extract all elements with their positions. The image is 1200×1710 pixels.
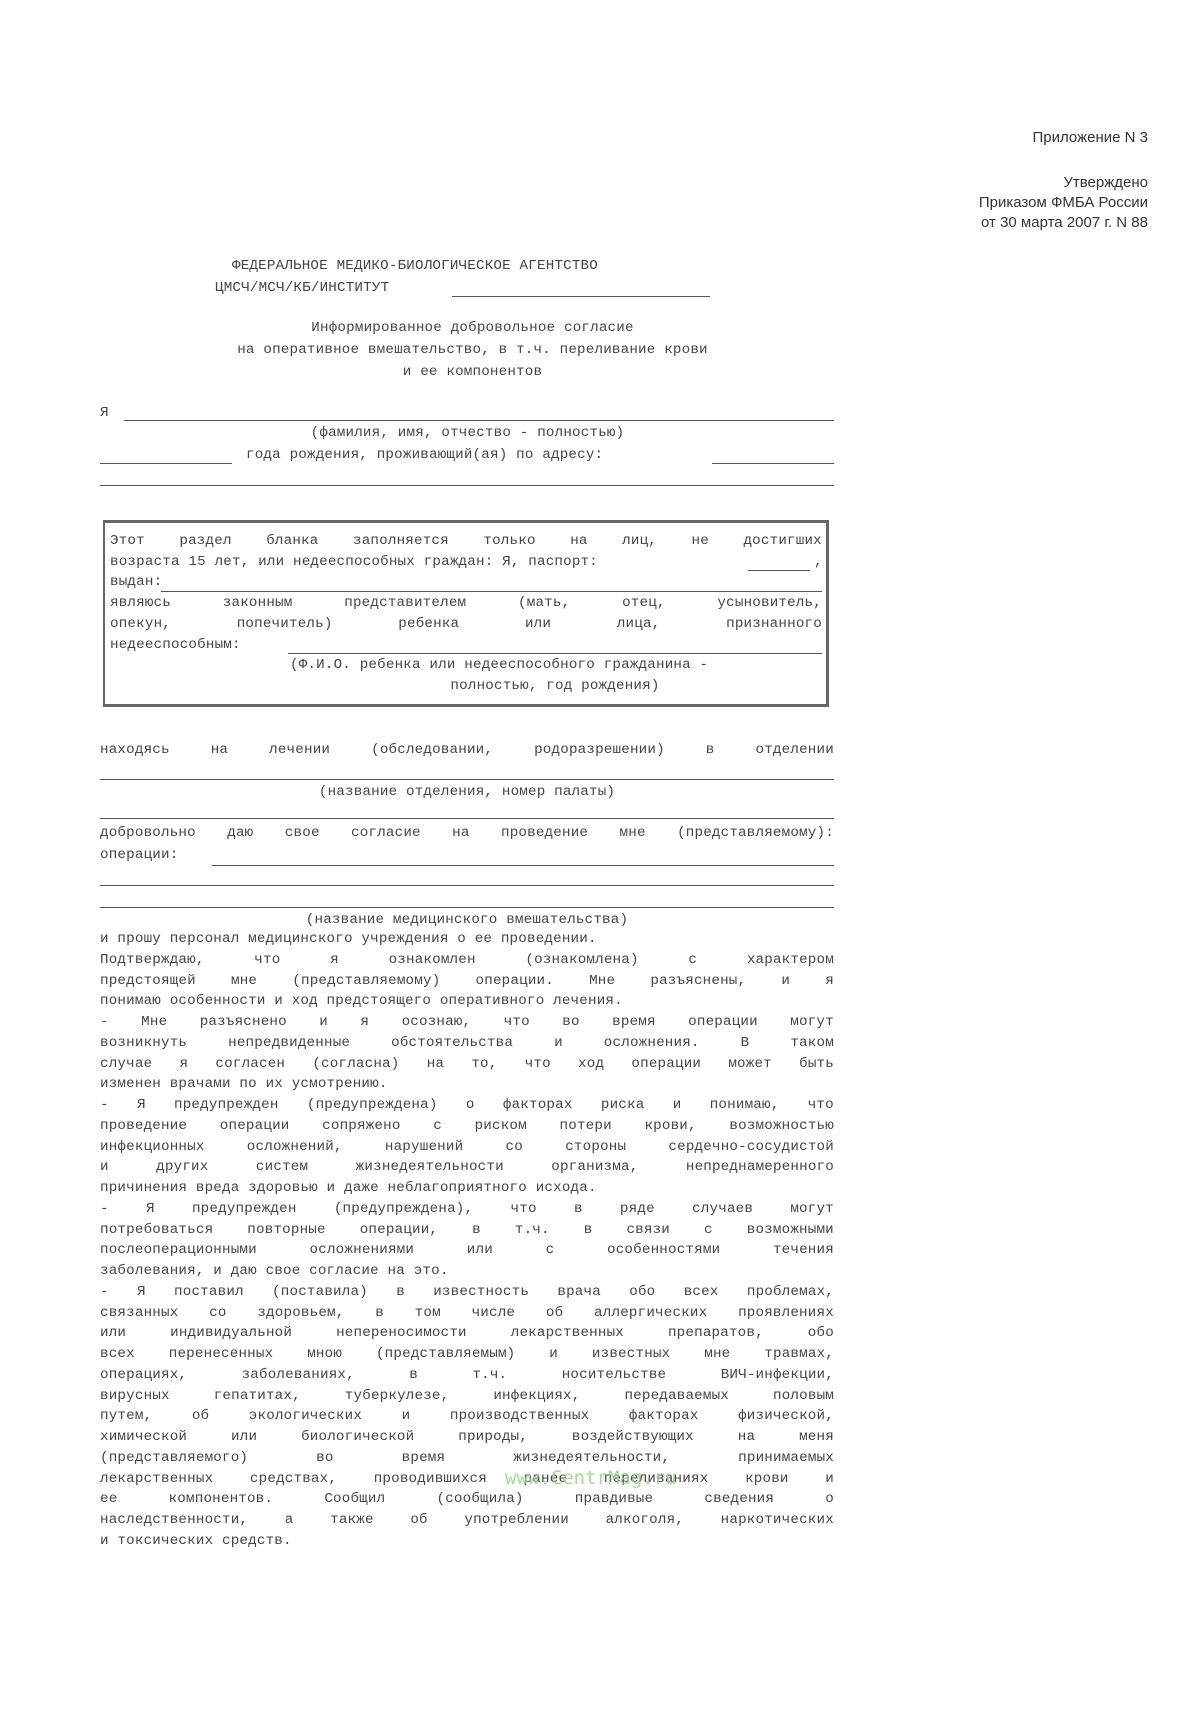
body-line: и токсических средств. — [100, 1531, 292, 1551]
issued-by-field[interactable] — [161, 591, 822, 592]
word: и — [319, 1012, 328, 1032]
guardian-line-5: опекун,попечитель)ребенкаилилица,признан… — [110, 614, 822, 634]
body-line: потребоватьсяповторныеоперации,вт.ч.всвя… — [100, 1220, 834, 1240]
word: в — [584, 1220, 593, 1240]
word: в — [375, 1303, 384, 1323]
word: со — [209, 1303, 226, 1323]
word: известность — [433, 1282, 529, 1302]
word: операции, — [360, 1220, 438, 1240]
word: всех — [684, 1282, 719, 1302]
word: производственных — [450, 1406, 589, 1426]
word: что — [504, 1012, 530, 1032]
word: в — [472, 1220, 481, 1240]
address-field-continued[interactable] — [100, 485, 834, 486]
word: жизнедеятельности — [356, 1157, 504, 1177]
body-line: Подтверждаю,чтояознакомлен(ознакомлена)с… — [100, 950, 834, 970]
word: нарушений — [385, 1137, 463, 1157]
word: воздействующих — [572, 1427, 694, 1447]
word: операциях, — [100, 1365, 187, 1385]
word: с — [546, 1240, 555, 1260]
word: ознакомлен — [389, 950, 476, 970]
form-title-line-2: на оперативное вмешательство, в т.ч. пер… — [100, 340, 845, 360]
word: а — [285, 1510, 294, 1530]
word: на — [738, 1427, 755, 1447]
word: Я — [137, 1282, 146, 1302]
word: Мне — [141, 1012, 167, 1032]
word: экологических — [249, 1406, 362, 1426]
word: во — [562, 1012, 579, 1032]
patient-name-field[interactable] — [124, 420, 834, 421]
ward-name-field[interactable] — [288, 653, 822, 654]
word: риска — [601, 1095, 645, 1115]
word: непреднамеренного — [686, 1157, 834, 1177]
body-line: лекарственныхсредствах,проводившихсяране… — [100, 1469, 834, 1489]
department-field-continued[interactable] — [100, 818, 834, 819]
word: перенесенных — [169, 1344, 274, 1364]
word: опекун, — [110, 614, 171, 634]
word: что — [808, 1095, 834, 1115]
word: всех — [100, 1344, 135, 1364]
treatment-line: находясьналечении(обследовании,родоразре… — [100, 740, 834, 760]
word: стороны — [565, 1137, 626, 1157]
word: возможными — [747, 1220, 834, 1240]
word: Этот — [110, 531, 145, 551]
word: законным — [223, 593, 293, 613]
word: потребоваться — [100, 1220, 213, 1240]
word: - — [100, 1095, 109, 1115]
word: туберкулезе, — [345, 1386, 450, 1406]
incapable-label: недееспособным: — [110, 635, 241, 655]
word: наследственности, — [100, 1510, 248, 1530]
word: здоровьем, — [257, 1303, 344, 1323]
word: во — [316, 1448, 333, 1468]
word: об — [410, 1510, 427, 1530]
guardian-line-1: Этотразделбланказаполняетсятольконалиц,н… — [110, 531, 822, 551]
word: крови — [745, 1469, 789, 1489]
body-line: послеоперационнымиосложнениямиилисособен… — [100, 1240, 834, 1260]
word: операции — [220, 1116, 290, 1136]
approval-order: Приказом ФМБА России — [979, 193, 1148, 213]
word: (представляемого) — [100, 1448, 248, 1468]
word: т.ч. — [472, 1365, 507, 1385]
word: и — [825, 1469, 834, 1489]
word: мною — [307, 1344, 342, 1364]
word: Мне — [589, 971, 615, 991]
word: представителем — [344, 593, 466, 613]
body-line: (представляемого)вовремяжизнедеятельност… — [100, 1448, 834, 1468]
word: ее — [100, 1489, 117, 1509]
word: риском — [475, 1116, 527, 1136]
word: - — [100, 1282, 109, 1302]
operation-field-2[interactable] — [100, 885, 834, 886]
word: ход — [578, 1054, 604, 1074]
word: являюсь — [110, 593, 171, 613]
word: Я — [146, 1199, 155, 1219]
word: таком — [790, 1033, 834, 1053]
word: проблемах, — [747, 1282, 834, 1302]
word: послеоперационными — [100, 1240, 257, 1260]
department-field[interactable] — [100, 779, 834, 780]
word: (согласна) — [312, 1054, 399, 1074]
watermark: www.CentrMag.ru — [505, 1467, 677, 1489]
approval-block: Утверждено Приказом ФМБА России от 30 ма… — [979, 173, 1148, 233]
word: химической — [100, 1427, 187, 1447]
word: алкоголя, — [606, 1510, 684, 1530]
form-title-line-1: Информированное добровольное согласие — [100, 318, 845, 338]
word: мне — [620, 823, 646, 843]
appendix-number: Приложение N 3 — [1033, 128, 1149, 148]
word: быть — [799, 1054, 834, 1074]
body-line: и прошу персонал медицинского учреждения… — [100, 929, 597, 949]
word: мне — [704, 1344, 730, 1364]
word: с — [433, 1116, 442, 1136]
word: (представляемым) — [376, 1344, 515, 1364]
word: осознаю, — [402, 1012, 472, 1032]
word: том — [415, 1303, 441, 1323]
word: может — [728, 1054, 772, 1074]
guardian-line-4: являюсьзаконнымпредставителем(мать,отец,… — [110, 593, 822, 613]
word: и — [781, 971, 790, 991]
word: проявлениях — [738, 1303, 834, 1323]
body-line: идругихсистемжизнедеятельностиорганизма,… — [100, 1157, 834, 1177]
body-line: илииндивидуальнойнепереносимостилекарств… — [100, 1323, 834, 1343]
body-line: наследственности,атакжеобупотребленииалк… — [100, 1510, 834, 1530]
body-line: причинения вреда здоровью и даже неблаго… — [100, 1178, 597, 1198]
word: Я — [137, 1095, 146, 1115]
word: заполняется — [353, 531, 449, 551]
word: о — [825, 1489, 834, 1509]
word: родоразрешении) — [534, 740, 665, 760]
word: инфекциях, — [493, 1386, 580, 1406]
consent-line: добровольнодаюсвоесогласиенапроведениемн… — [100, 823, 834, 843]
form-title-line-3: и ее компонентов — [100, 362, 845, 382]
word: правдивые — [575, 1489, 653, 1509]
word: связи — [626, 1220, 670, 1240]
word: время — [402, 1448, 446, 1468]
word: на — [427, 1054, 444, 1074]
word: физической, — [738, 1406, 834, 1426]
word: бланка — [266, 531, 318, 551]
word: Сообщил — [324, 1489, 385, 1509]
word: (представляемому): — [677, 823, 834, 843]
word: обо — [808, 1323, 834, 1343]
word: что — [254, 950, 280, 970]
word: я — [180, 1054, 189, 1074]
operation-field-3[interactable] — [100, 907, 834, 908]
word: возникнуть — [100, 1033, 187, 1053]
word: связанных — [100, 1303, 178, 1323]
word: добровольно — [100, 823, 196, 843]
word: носительстве — [562, 1365, 667, 1385]
word: (ознакомлена) — [525, 950, 638, 970]
word: поставил — [174, 1282, 244, 1302]
passport-field[interactable] — [748, 570, 810, 571]
word: врача — [557, 1282, 601, 1302]
word: меня — [799, 1427, 834, 1447]
word: и — [673, 1095, 682, 1115]
word: только — [483, 531, 535, 551]
word: предупрежден — [174, 1095, 279, 1115]
word: я — [330, 950, 339, 970]
word: отец, — [622, 593, 666, 613]
word: в — [574, 1199, 583, 1219]
body-line: возникнутьнепредвиденныеобстоятельстваио… — [100, 1033, 834, 1053]
word: проводившихся — [374, 1469, 487, 1489]
word: операции — [688, 1012, 758, 1032]
word: аллергических — [594, 1303, 707, 1323]
body-line: путем,обэкологическихипроизводственныхфа… — [100, 1406, 834, 1426]
word: (представляемому) — [292, 971, 440, 991]
word: согласие — [351, 823, 421, 843]
i-label: Я — [100, 403, 109, 423]
word: даю — [227, 823, 253, 843]
body-line: заболевания, и даю свое согласие на это. — [100, 1261, 449, 1281]
body-line: вирусныхгепатитах,туберкулезе,инфекциях,… — [100, 1386, 834, 1406]
passport-comma: , — [814, 552, 823, 572]
birth-address-label: года рождения, проживающий(ая) по адресу… — [246, 445, 603, 465]
word: обо — [629, 1282, 655, 1302]
ward-name-hint-1: (Ф.И.О. ребенка или недееспособного граж… — [290, 655, 708, 675]
word: препаратов, — [668, 1323, 764, 1343]
word: или — [525, 614, 551, 634]
word: могут — [790, 1012, 834, 1032]
word: в — [396, 1282, 405, 1302]
word: с — [688, 950, 697, 970]
word: биологической — [301, 1427, 414, 1447]
word: ребенка — [398, 614, 459, 634]
word: повторные — [247, 1220, 325, 1240]
word: достигших — [743, 531, 821, 551]
word: предупрежден — [192, 1199, 297, 1219]
guardian-line-2: возраста 15 лет, или недееспособных граж… — [110, 552, 598, 572]
body-line: понимаю особенности и ход предстоящего о… — [100, 991, 623, 1011]
word: на — [452, 823, 469, 843]
word: осложнений, — [247, 1137, 343, 1157]
operation-label: операции: — [100, 845, 178, 865]
word: потери — [560, 1116, 612, 1136]
birth-year-field[interactable] — [100, 463, 232, 464]
issued-label: выдан: — [110, 572, 162, 592]
word: организма, — [551, 1157, 638, 1177]
word: заболеваниях, — [242, 1365, 355, 1385]
word: я — [825, 971, 834, 991]
word: об — [192, 1406, 209, 1426]
word: осложнения. — [604, 1033, 700, 1053]
word: жизнедеятельности, — [513, 1448, 670, 1468]
word: сердечно-сосудистой — [668, 1137, 834, 1157]
word: природы, — [458, 1427, 528, 1447]
patient-name-hint: (фамилия, имя, отчество - полностью) — [100, 423, 835, 443]
word: принимаемых — [738, 1448, 834, 1468]
body-line: -Япредупрежден(предупреждена)офакторахри… — [100, 1095, 834, 1115]
ward-name-hint-2: полностью, год рождения) — [290, 676, 820, 696]
word: - — [100, 1199, 109, 1219]
institution-field[interactable] — [452, 296, 710, 297]
word: гепатитах, — [214, 1386, 301, 1406]
word: Подтверждаю, — [100, 950, 205, 970]
word: операции. — [476, 971, 554, 991]
word: инфекционных — [100, 1137, 205, 1157]
word: характером — [747, 950, 834, 970]
word: понимаю, — [710, 1095, 780, 1115]
word: разъяснено — [200, 1012, 287, 1032]
word: разъяснены, — [650, 971, 746, 991]
body-line: инфекционныхосложнений,нарушенийсосторон… — [100, 1137, 834, 1157]
word: возможностью — [729, 1116, 834, 1136]
word: осложнениями — [310, 1240, 415, 1260]
word: попечитель) — [237, 614, 333, 634]
word: в — [706, 740, 715, 760]
body-line: связанныхсоздоровьем,втомчислеобаллергич… — [100, 1303, 834, 1323]
word: с — [704, 1220, 713, 1240]
word: то, — [471, 1054, 497, 1074]
word: факторах — [503, 1095, 573, 1115]
word: факторах — [629, 1406, 699, 1426]
word: я — [360, 1012, 369, 1032]
body-line: еекомпонентов.Сообщил(сообщила)правдивые… — [100, 1489, 834, 1509]
body-line: случаеясогласен(согласна)нато,чтоходопер… — [100, 1054, 834, 1074]
word: лиц, — [622, 531, 657, 551]
word: также — [330, 1510, 374, 1530]
department-hint: (название отделения, номер палаты) — [100, 782, 834, 802]
word: ВИЧ-инфекции, — [721, 1365, 834, 1385]
word: раздел — [179, 531, 231, 551]
body-line: химическойилибиологическойприроды,воздей… — [100, 1427, 834, 1447]
word: лекарственных — [511, 1323, 624, 1343]
word: непредвиденные — [228, 1033, 350, 1053]
word: или — [231, 1427, 257, 1447]
word: ряде — [620, 1199, 655, 1219]
word: В — [741, 1033, 750, 1053]
institution-label: ЦМСЧ/МСЧ/КБ/ИНСТИТУТ — [215, 278, 389, 298]
word: могут — [790, 1199, 834, 1219]
word: согласен — [215, 1054, 285, 1074]
word: что — [525, 1054, 551, 1074]
word: мне — [231, 971, 257, 991]
word: или — [467, 1240, 493, 1260]
agency-name: ФЕДЕРАЛЬНОЕ МЕДИКО-БИОЛОГИЧЕСКОЕ АГЕНТСТ… — [232, 256, 598, 276]
word: особенностями — [607, 1240, 720, 1260]
body-line: проведениеоперациисопряженосрискомпотери… — [100, 1116, 834, 1136]
word: травмах, — [764, 1344, 834, 1364]
word: течения — [773, 1240, 834, 1260]
word: или — [100, 1323, 126, 1343]
word: крови, — [644, 1116, 696, 1136]
word: (предупреждена), — [334, 1199, 473, 1219]
body-line: -Япредупрежден(предупреждена),чтоврядесл… — [100, 1199, 834, 1219]
body-line: -Мнеразъясненоияосознаю,чтововремяоперац… — [100, 1012, 834, 1032]
word: операции — [631, 1054, 701, 1074]
word: находясь — [100, 740, 170, 760]
word: употреблении — [464, 1510, 569, 1530]
word: передаваемых — [624, 1386, 729, 1406]
body-line: изменен врачами по их усмотрению. — [100, 1074, 388, 1094]
operation-field[interactable] — [212, 865, 834, 866]
word: (обследовании, — [371, 740, 493, 760]
word: и — [100, 1157, 109, 1177]
word: на — [211, 740, 228, 760]
word: (сообщила) — [436, 1489, 523, 1509]
word: на — [570, 531, 587, 551]
word: не — [692, 531, 709, 551]
word: обстоятельства — [391, 1033, 513, 1053]
address-field[interactable] — [712, 463, 834, 464]
word: отделении — [756, 740, 834, 760]
word: путем, — [100, 1406, 152, 1426]
word: признанного — [726, 614, 822, 634]
word: случаев — [692, 1199, 753, 1219]
word: и — [554, 1033, 563, 1053]
word: наркотических — [721, 1510, 834, 1530]
word: средствах, — [250, 1469, 337, 1489]
word: проведение — [100, 1116, 187, 1136]
word: сопряжено — [322, 1116, 400, 1136]
word: т.ч. — [515, 1220, 550, 1240]
word: числе — [472, 1303, 516, 1323]
word: лекарственных — [100, 1469, 213, 1489]
word: (поставила) — [272, 1282, 368, 1302]
word: лечении — [269, 740, 330, 760]
approval-date: от 30 марта 2007 г. N 88 — [979, 213, 1148, 233]
word: половым — [773, 1386, 834, 1406]
word: в — [409, 1365, 418, 1385]
word: сведения — [704, 1489, 774, 1509]
word: и — [549, 1344, 558, 1364]
word: индивидуальной — [170, 1323, 292, 1343]
word: (предупреждена) — [307, 1095, 438, 1115]
word: свое — [285, 823, 320, 843]
word: время — [612, 1012, 656, 1032]
word: случае — [100, 1054, 152, 1074]
body-line: -Япоставил(поставила)визвестностьврачаоб… — [100, 1282, 834, 1302]
body-line: всехперенесенныхмною(представляемым)иизв… — [100, 1344, 834, 1364]
word: - — [100, 1012, 109, 1032]
approved-label: Утверждено — [979, 173, 1148, 193]
word: проведение — [501, 823, 588, 843]
word: лица, — [617, 614, 661, 634]
intervention-hint: (название медицинского вмешательства) — [100, 910, 834, 930]
word: об — [546, 1303, 563, 1323]
word: предстоящей — [100, 971, 196, 991]
word: непереносимости — [336, 1323, 467, 1343]
body-line: предстоящеймне(представляемому)операции.… — [100, 971, 834, 991]
word: других — [156, 1157, 208, 1177]
word: со — [506, 1137, 523, 1157]
word: известных — [592, 1344, 670, 1364]
word: что — [511, 1199, 537, 1219]
word: и — [402, 1406, 411, 1426]
body-line: операциях,заболеваниях,вт.ч.носительстве… — [100, 1365, 834, 1385]
word: компонентов. — [169, 1489, 274, 1509]
word: о — [466, 1095, 475, 1115]
word: усыновитель, — [717, 593, 822, 613]
word: систем — [256, 1157, 308, 1177]
word: вирусных — [100, 1386, 170, 1406]
word: (мать, — [518, 593, 570, 613]
